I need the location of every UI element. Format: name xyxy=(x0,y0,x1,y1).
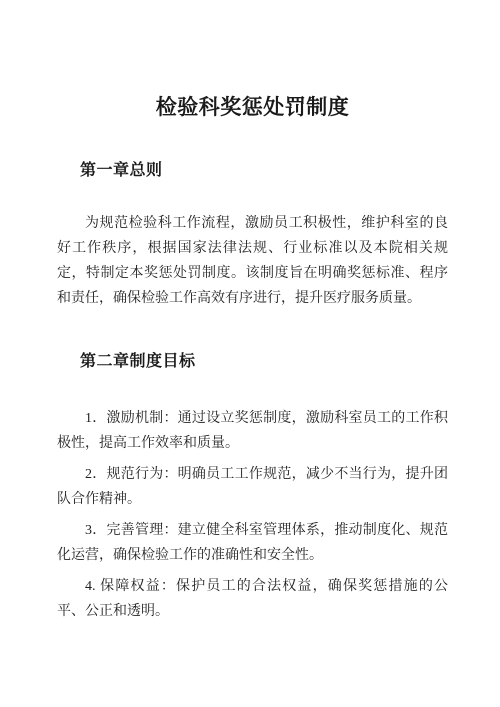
objective-item-2: 2．规范行为：明确员工工作规范，减少不当行为，提升团队合作精神。 xyxy=(57,462,448,512)
chapter-1-heading: 第一章总则 xyxy=(80,160,448,181)
document-page: 检验科奖惩处罚制度 第一章总则 为规范检验科工作流程，激励员工积极性，维护科室的… xyxy=(0,0,500,707)
chapter-1-paragraph: 为规范检验科工作流程，激励员工积极性，维护科室的良好工作秩序，根据国家法律法规、… xyxy=(57,211,448,311)
chapter-2-heading: 第二章制度目标 xyxy=(80,351,448,372)
document-title: 检验科奖惩处罚制度 xyxy=(57,95,448,120)
objective-item-1: 1．激励机制：通过设立奖惩制度，激励科室员工的工作积极性，提高工作效率和质量。 xyxy=(57,406,448,456)
objective-item-4: 4. 保障权益：保护员工的合法权益，确保奖惩措施的公平、公正和透明。 xyxy=(57,574,448,624)
objective-item-3: 3．完善管理：建立健全科室管理体系，推动制度化、规范化运营，确保检验工作的准确性… xyxy=(57,518,448,568)
